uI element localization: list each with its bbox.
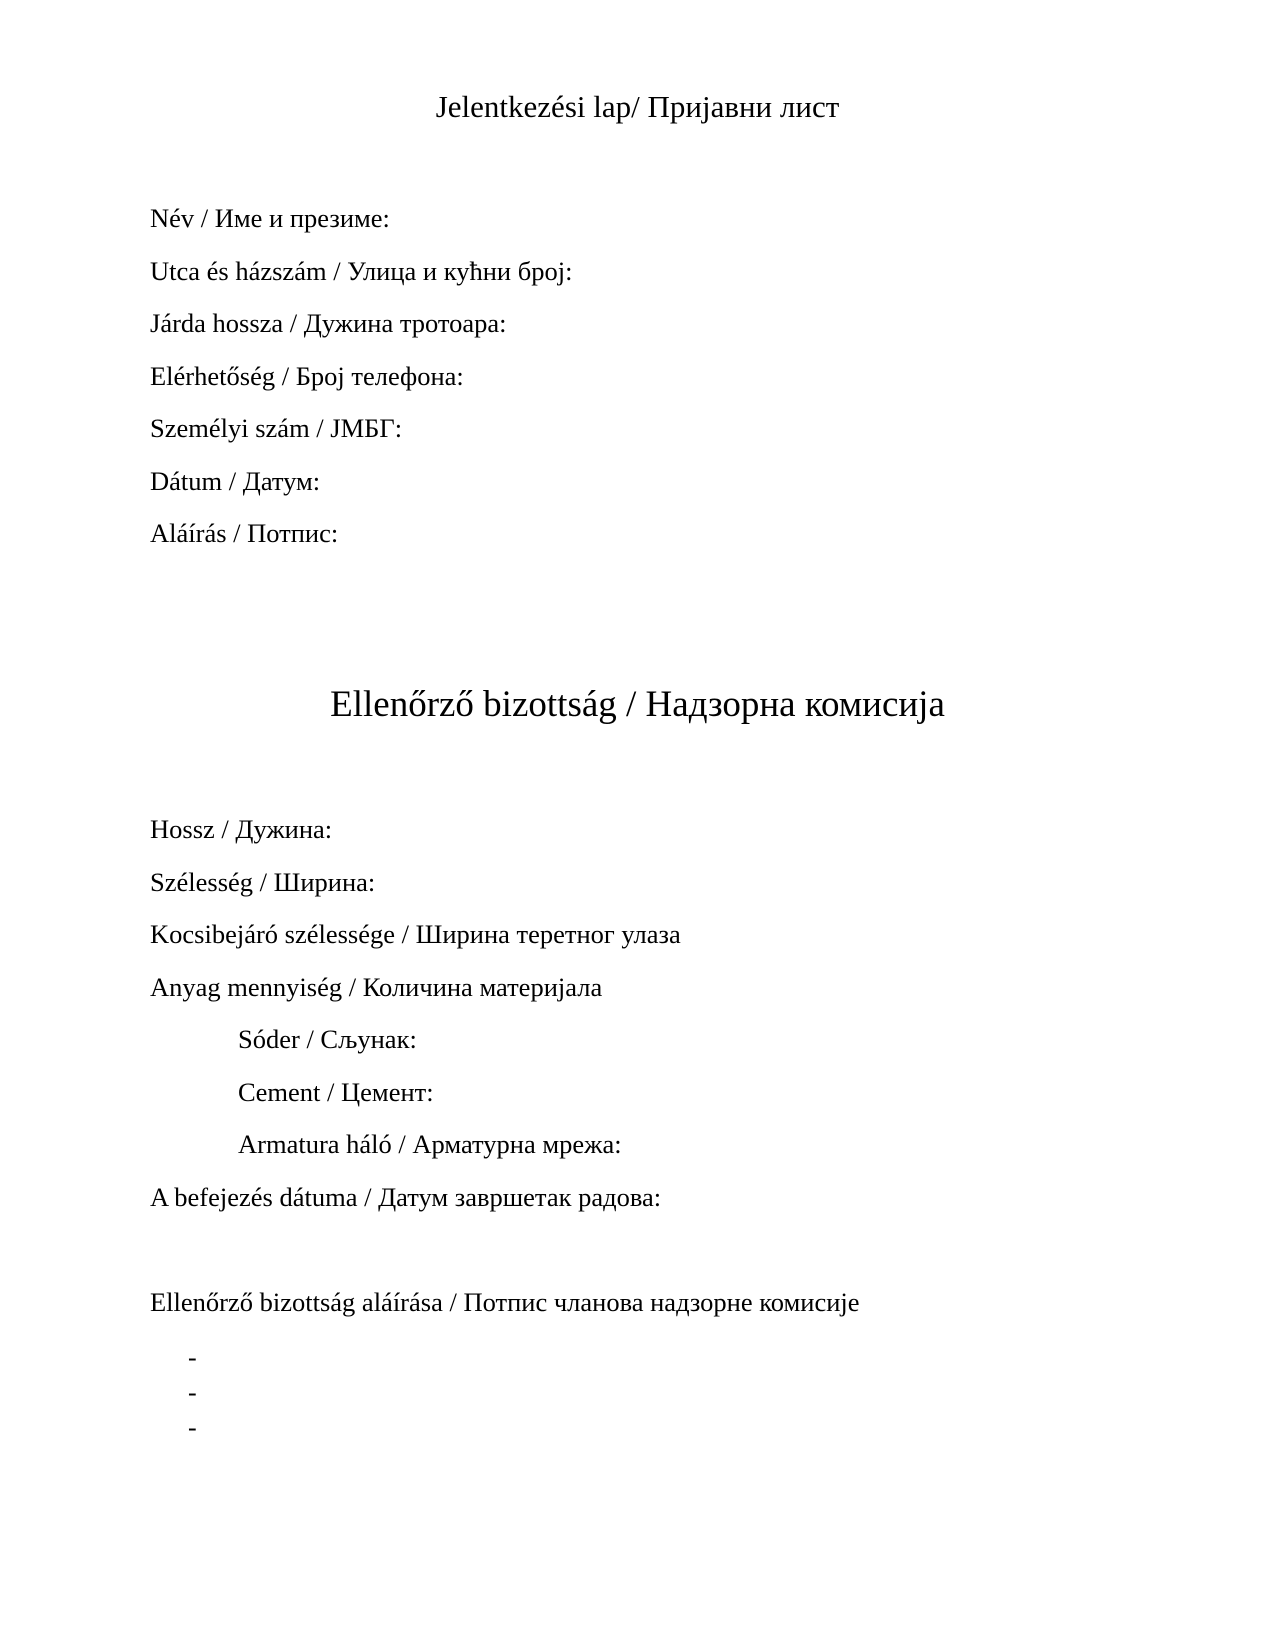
registration-title: Jelentkezési lap/ Пријавни лист	[0, 89, 1275, 125]
field-signature: Aláírás / Потпис:	[150, 518, 338, 548]
signature-line: -	[188, 1343, 197, 1373]
field-name: Név / Име и презиме:	[150, 203, 390, 233]
field-street-address: Utca és házszám / Улица и кућни број:	[150, 256, 572, 286]
field-sidewalk-length: Járda hossza / Дужина тротоара:	[150, 308, 507, 338]
signature-line: -	[188, 1378, 197, 1408]
field-length: Hossz / Дужина:	[150, 814, 332, 844]
field-driveway-width: Kocsibejáró szélessége / Ширина теретног…	[150, 919, 681, 949]
document-page: Jelentkezési lap/ Пријавни лист Név / Им…	[0, 0, 1275, 1650]
field-material-quantity: Anyag mennyiség / Количина материјала	[150, 972, 602, 1002]
field-personal-id: Személyi szám / ЈМБГ:	[150, 413, 402, 443]
field-cement: Cement / Цемент:	[238, 1077, 434, 1107]
field-phone: Elérhetőség / Број телефона:	[150, 361, 464, 391]
field-completion-date: A befejezés dátuma / Датум завршетак рад…	[150, 1182, 661, 1212]
field-gravel: Sóder / Сљунак:	[238, 1024, 417, 1054]
field-date: Dátum / Датум:	[150, 466, 320, 496]
field-width: Szélesség / Ширина:	[150, 867, 375, 897]
commission-signature-heading: Ellenőrző bizottság aláírása / Потпис чл…	[150, 1287, 860, 1317]
field-rebar-mesh: Armatura háló / Арматурна мрежа:	[238, 1129, 622, 1159]
signature-line: -	[188, 1413, 197, 1443]
commission-title: Ellenőrző bizottság / Надзорна комисија	[0, 684, 1275, 726]
